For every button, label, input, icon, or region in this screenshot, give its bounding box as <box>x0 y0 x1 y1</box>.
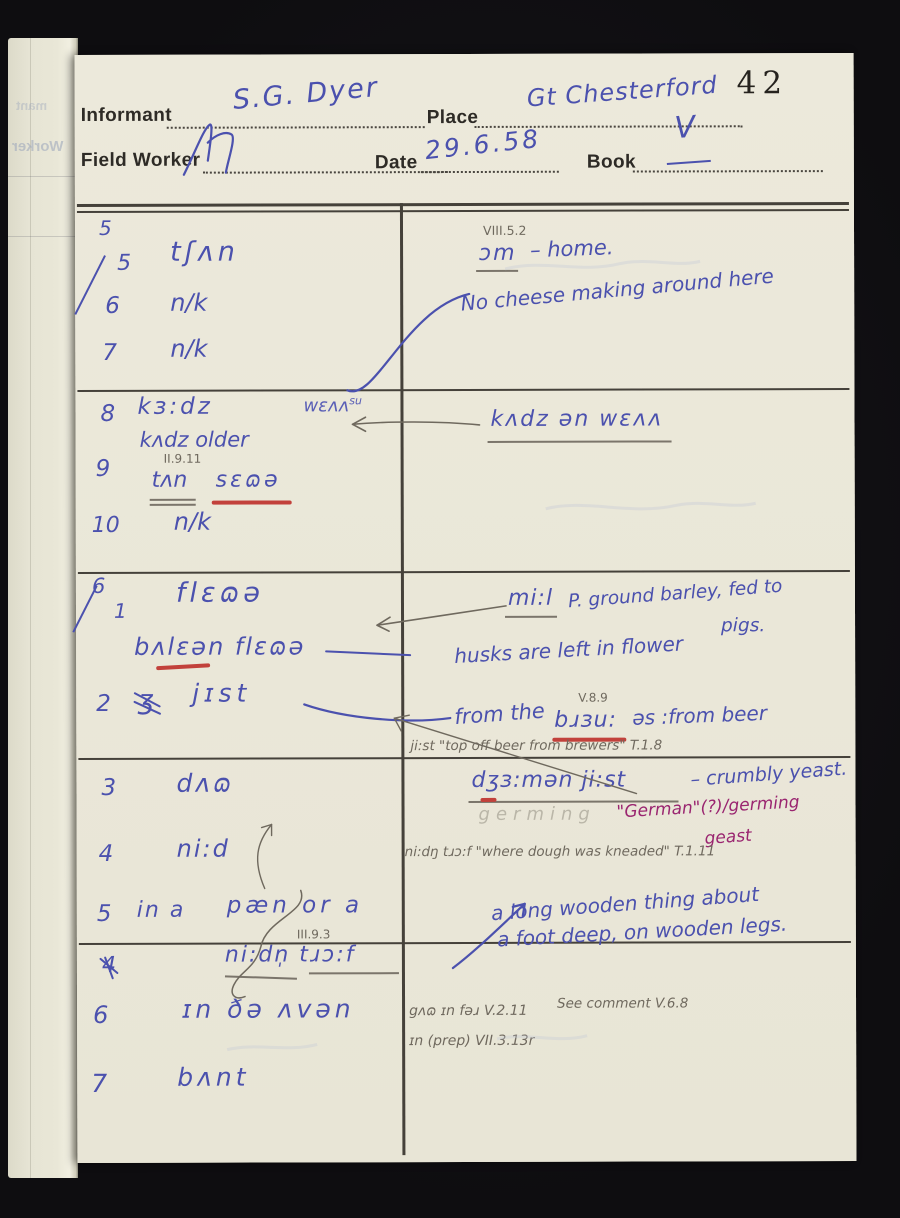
phonetic-entry: sɛɷə <box>216 469 281 491</box>
reference-number: II.9.11 <box>164 453 202 465</box>
section-rule-1 <box>77 388 849 392</box>
comment-note: No cheese making around here <box>460 266 775 314</box>
red-mark <box>480 798 496 802</box>
phonetic-note: kʌdz ən wɛʌʌ <box>490 408 663 430</box>
phonetic-entry: ni:d <box>177 837 230 861</box>
reference-number: V.8.9 <box>578 692 608 704</box>
phonetic-entry: ni:dn̩ tɹɔ:f <box>225 944 356 966</box>
date-line <box>421 171 559 173</box>
phonetic-note: mi:l <box>508 588 553 610</box>
erased-pencil-word: germing <box>479 806 596 824</box>
phonetic-note: ɔm <box>479 243 517 265</box>
reference-number: III.9.3 <box>297 928 331 940</box>
magenta-annotation: "German"(?)/germing <box>616 794 800 821</box>
gloss-note: əs :from beer <box>632 703 767 728</box>
item-number: 6 <box>105 295 120 318</box>
item-number: 2 <box>96 693 111 716</box>
phonetic-entry: pæn or a <box>227 894 363 917</box>
gloss-note: pigs. <box>721 617 765 636</box>
pencil-arrow-left <box>377 606 506 631</box>
phonetic-entry: n/k <box>174 510 211 534</box>
item-number: 1 <box>114 601 127 621</box>
informant-line <box>167 126 425 129</box>
phonetic-entry: n/k <box>170 337 207 361</box>
underline <box>150 499 196 501</box>
item-number: 4 <box>99 843 114 866</box>
phonetic-annotation: wɛʌʌsu <box>303 395 362 415</box>
item-number: 10 <box>92 515 120 537</box>
phonetic-entry: bʌnt <box>177 1065 249 1090</box>
pencil-note: ɪn (prep) VII.3.13r <box>409 1034 534 1048</box>
phonetic-entry: jɪst <box>192 681 251 706</box>
informant-value: S.G. Dyer <box>232 74 380 114</box>
gloss-note: from the <box>454 701 546 728</box>
informant-label: Informant <box>81 105 172 127</box>
table-top-rule2 <box>77 209 849 213</box>
underline <box>309 972 399 974</box>
pencil-note: ni:dŋ tɹɔ:f "where dough was kneaded" T.… <box>405 845 716 859</box>
phonetic-entry: ɪn ðə ʌvən <box>182 996 355 1021</box>
date-value: 29.6.58 <box>424 126 542 163</box>
fraction-slash <box>74 255 106 315</box>
item-number: 8 <box>100 403 115 426</box>
phonetic-entry: bʌlɛən flɛɷə <box>134 634 305 658</box>
phonetic-note: dʒɜ:mən ji:st <box>471 770 626 792</box>
section-rule-4 <box>79 941 851 945</box>
field-worker-label: Field Worker <box>81 150 201 172</box>
fraction-slash <box>72 585 97 632</box>
item-number: 5 <box>97 903 112 926</box>
page-number: 42 <box>737 65 789 101</box>
connector-dash <box>326 651 410 655</box>
phonetic-entry: n/k <box>170 291 207 315</box>
book-label: Book <box>587 152 636 174</box>
section-rule-3 <box>78 756 850 760</box>
phonetic-entry: flɛɷə <box>176 580 264 607</box>
red-underline <box>212 500 292 504</box>
notebook-page: 42 Informant S.G. Dyer Place Gt Chesterf… <box>75 53 857 1163</box>
phonetic-note: bɹɜu: <box>554 710 617 732</box>
phonetic-entry: dʌɷ <box>176 771 234 796</box>
reference-number: VIII.5.2 <box>483 225 527 238</box>
phonetic-entry: tʃʌn <box>170 239 239 266</box>
pencil-note: ji:st "top off beer from brewers" T.1.8 <box>410 739 662 753</box>
underline <box>150 504 196 506</box>
book-underline <box>667 160 711 165</box>
bleedthrough-text: mant <box>16 98 47 113</box>
column-divider <box>400 203 405 1155</box>
book-line <box>633 170 823 172</box>
place-label: Place <box>427 107 479 129</box>
phonetic-entry: in a <box>137 900 186 922</box>
date-label: Date <box>375 152 418 174</box>
item-number: 9 <box>96 458 111 481</box>
gloss-note: – crumbly yeast. <box>690 760 848 790</box>
previous-page-edge: mant Worker <box>8 38 78 1178</box>
pencil-arrow-up <box>258 825 272 889</box>
pencil-note: See comment V.6.8 <box>557 997 688 1011</box>
gloss-note: – home. <box>530 237 614 261</box>
phonetic-entry: tʌn <box>152 470 188 492</box>
red-underline <box>156 663 210 670</box>
pencil-arrow-left <box>353 417 480 431</box>
pencil-note: gʌɷ ɪn fəɹ V.2.11 <box>409 1004 528 1018</box>
item-number: 6 <box>93 1003 108 1027</box>
table-top-rule <box>77 202 849 207</box>
underline <box>225 975 297 979</box>
place-value: Gt Chesterford <box>526 73 718 111</box>
bleed-rule <box>8 176 78 177</box>
flourish-stroke <box>347 294 469 391</box>
underline <box>488 440 672 442</box>
underline <box>476 270 518 272</box>
comment-note: husks are left in flower <box>454 633 684 666</box>
connector-stroke <box>304 704 450 721</box>
section-rule-2 <box>78 570 850 574</box>
bleed-rule <box>8 236 78 237</box>
item-number: 7 <box>91 1071 107 1096</box>
underline <box>505 616 557 618</box>
item-number: 5 <box>117 253 131 275</box>
gloss-note: P. ground barley, fed to <box>568 578 783 612</box>
item-number: 5 <box>99 218 112 238</box>
book-value: V <box>674 113 697 144</box>
item-number: 7 <box>102 342 117 365</box>
bleedthrough-text: Worker <box>12 138 63 155</box>
page-crease <box>30 38 31 1178</box>
phonetic-entry: kɜ:dz <box>137 396 212 419</box>
item-number: 3 <box>101 777 116 800</box>
phonetic-entry: kʌdz older <box>140 430 249 451</box>
